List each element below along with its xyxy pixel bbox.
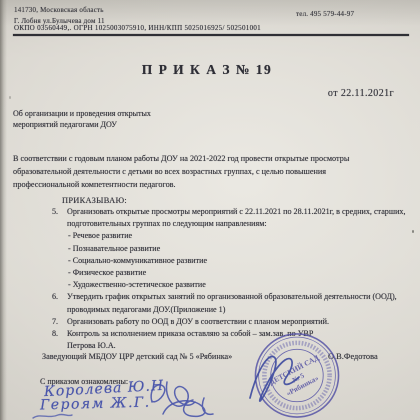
direction-item: - Физическое развитие (52, 267, 410, 279)
subject-line-1: Об организации и проведения открытых (13, 108, 151, 119)
item-text: Утвердить график открытых занятий по орг… (67, 291, 409, 315)
ack-signature-scribble-2 (158, 395, 220, 420)
order-heading: ПРИКАЗЫВАЮ: (62, 196, 127, 205)
order-items-list: 5. Организовать открытые просмотры мероп… (52, 206, 410, 352)
ack-third-line-partial-scribble (31, 413, 73, 420)
item-number: 8. (52, 328, 67, 352)
order-item-7: 7. Организовать работу по ООД в ДОУ в со… (52, 316, 410, 328)
direction-item: - Художественно-эстетическое развитие (52, 279, 410, 291)
director-position: Заведующий МБДОУ ЦРР детский сад № 5 «Ря… (42, 352, 232, 361)
subject-line-2: мероприятий педагогами ДОУ (13, 119, 151, 130)
director-signature-scribble (240, 336, 312, 408)
letterhead-phone: тел. 495 579-44-97 (296, 9, 354, 20)
order-item-8: 8. Контроль за исполнением приказа остав… (52, 328, 410, 352)
scan-speck (9, 96, 11, 99)
order-item-5: 5. Организовать открытые просмотры мероп… (52, 206, 410, 230)
item-text-line2: Петрова Ю.А. (67, 341, 116, 350)
order-date: от 22.11.2021г (328, 88, 394, 99)
letterhead-address: 141730, Московская область Г. Лобня ул.Б… (14, 5, 105, 26)
order-subject: Об организации и проведения открытых мер… (13, 108, 151, 130)
address-line-1: 141730, Московская область (14, 5, 105, 16)
item-number: 7. (52, 316, 67, 328)
direction-item: - Социально-коммуникативное развитие (52, 255, 410, 267)
item-number: 5. (52, 206, 67, 230)
address-line-2: Г. Лобня ул.Булычева дом 11 (14, 16, 105, 27)
direction-item: - Речевое развитие (52, 230, 410, 242)
order-title: П Р И К А З № 19 (0, 62, 414, 78)
item-number: 6. (52, 291, 67, 315)
item-text: Организовать открытые просмотры мероприя… (67, 206, 409, 230)
order-item-6: 6. Утвердить график открытых занятий по … (52, 291, 410, 315)
item-text: Организовать работу по ООД в ДОУ в соотв… (67, 316, 409, 328)
registry-line: ОКПО 03560449,. ОГРН 1025003075910, ИНН/… (14, 24, 261, 32)
scan-speck (412, 230, 414, 233)
intro-paragraph: В соответствии с годовым планом работы Д… (13, 152, 381, 191)
letterhead-divider (13, 34, 409, 36)
direction-item: - Познавательное развитие (52, 243, 410, 255)
item-text: Контроль за исполнением приказа оставляю… (67, 328, 409, 352)
scanned-order-document: 141730, Московская область Г. Лобня ул.Б… (0, 0, 420, 420)
handwritten-name-2: Героям Ж.Г. (40, 395, 151, 414)
